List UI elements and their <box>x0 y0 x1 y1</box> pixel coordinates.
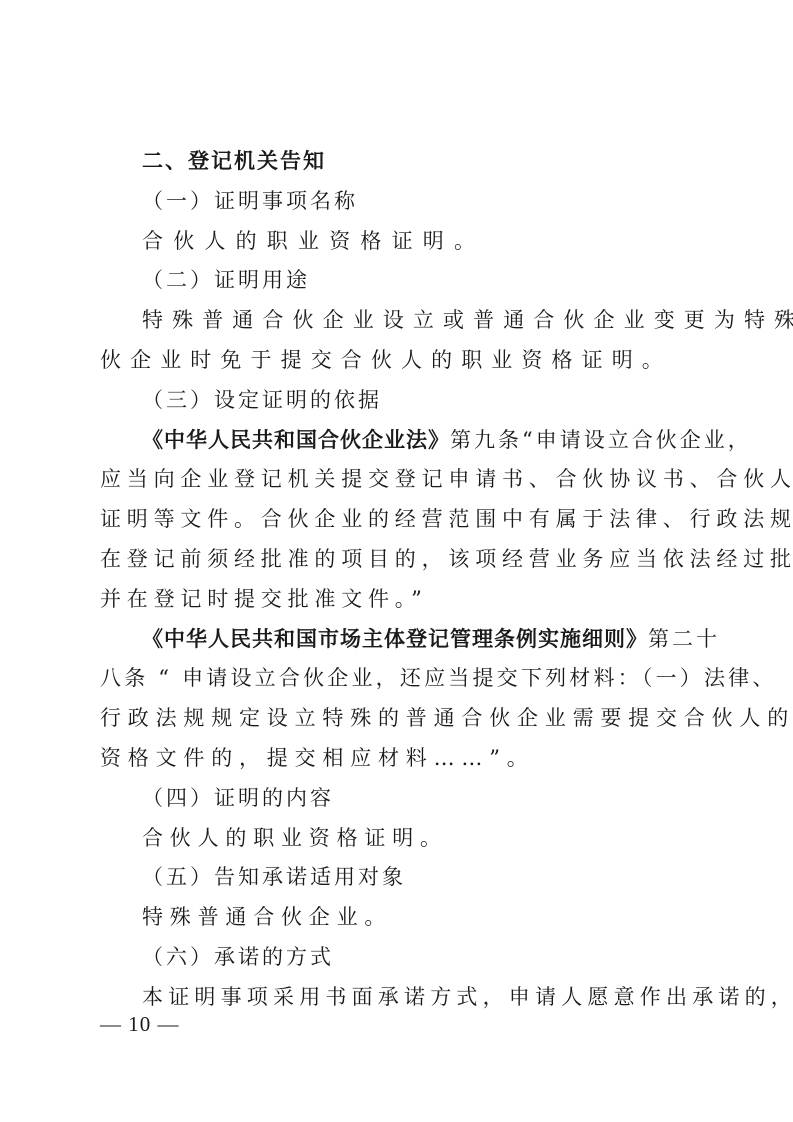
basis-1-line-5: 并在登记时提交批准文件。” <box>100 580 696 620</box>
item-body-1-line-1: 合伙人的职业资格证明。 <box>100 222 696 262</box>
basis-2-first-line-rest: 第二十 <box>648 627 720 651</box>
basis-2-line-3: 行政法规规定设立特殊的普通合伙企业需要提交合伙人的职业 <box>100 699 696 739</box>
basis-2-line-2: 八条 “ 申请设立合伙企业，还应当提交下列材料：（一）法律、 <box>100 659 696 699</box>
item-heading-6: （六）承诺的方式 <box>100 938 696 978</box>
item-body-2-line-1: 特殊普通合伙企业设立或普通合伙企业变更为特殊普通合 <box>100 301 696 341</box>
law-title-partnership-enterprise-law: 《中华人民共和国合伙企业法》 <box>142 428 450 452</box>
item-heading-2: （二）证明用途 <box>100 261 696 301</box>
basis-1-line-4: 在登记前须经批准的项目的，该项经营业务应当依法经过批准， <box>100 540 696 580</box>
item-body-2-line-2: 伙企业时免于提交合伙人的职业资格证明。 <box>100 341 696 381</box>
item-body-4-line-1: 合伙人的职业资格证明。 <box>100 819 696 859</box>
page-number: — 10 — <box>100 1012 180 1037</box>
item-heading-5: （五）告知承诺适用对象 <box>100 858 696 898</box>
item-heading-3: （三）设定证明的依据 <box>100 381 696 421</box>
basis-1-first-line-rest: 第九条“申请设立合伙企业， <box>450 428 752 452</box>
item-heading-1: （一）证明事项名称 <box>100 182 696 222</box>
item-heading-4: （四）证明的内容 <box>100 779 696 819</box>
basis-2-line-4: 资格文件的，提交相应材料……”。 <box>100 739 696 779</box>
basis-1-line-3: 证明等文件。合伙企业的经营范围中有属于法律、行政法规规定 <box>100 500 696 540</box>
basis-2-first-line: 《中华人民共和国市场主体登记管理条例实施细则》第二十 <box>100 620 696 660</box>
basis-1-first-line: 《中华人民共和国合伙企业法》第九条“申请设立合伙企业， <box>100 421 696 461</box>
law-title-market-entity-registration-rules: 《中华人民共和国市场主体登记管理条例实施细则》 <box>142 627 648 651</box>
document-body: 二、登记机关告知 （一）证明事项名称 合伙人的职业资格证明。 （二）证明用途 特… <box>100 142 696 1018</box>
section-title: 二、登记机关告知 <box>100 142 696 182</box>
item-body-6-line-1: 本证明事项采用书面承诺方式，申请人愿意作出承诺的，应 <box>100 978 696 1018</box>
basis-1-line-2: 应当向企业登记机关提交登记申请书、合伙协议书、合伙人身份 <box>100 460 696 500</box>
item-body-5-line-1: 特殊普通合伙企业。 <box>100 898 696 938</box>
